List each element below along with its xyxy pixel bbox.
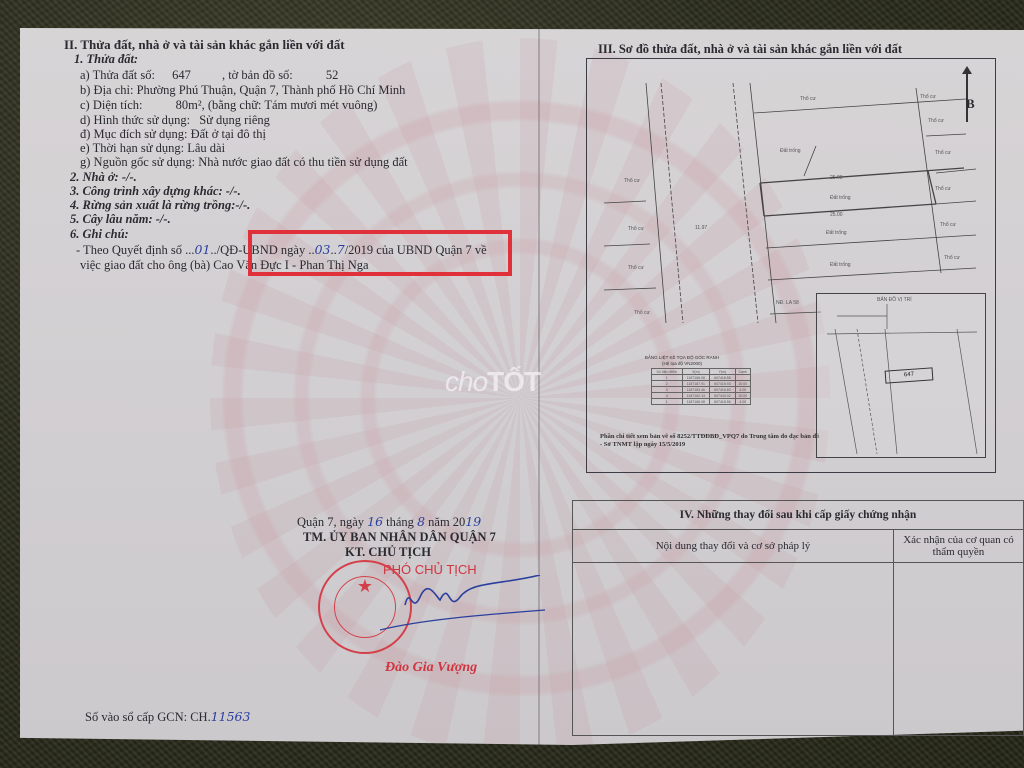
handwritten-sign-day: 16 [367,514,383,529]
north-label: B [966,96,975,112]
coord-table-subtitle: (Hệ tọa độ VN2000) [632,361,732,366]
registry-line: Số vào sổ cấp GCN: CH.11563 [85,709,250,725]
changes-table: IV. Những thay đổi sau khi cấp giấy chứn… [572,500,1024,736]
map-number: 52 [326,68,339,82]
watermark-cho: cho [445,366,487,397]
lot-label: a) Thửa đất số: [80,68,155,82]
coord-cell: 607418.56 [710,399,735,405]
signing-place: Quận 7, ngày [297,515,364,529]
section-ii-title: II. Thửa đất, nhà ở và tài sản khác gắn … [64,37,345,53]
signing-date: Quận 7, ngày 16 tháng 8 năm 2019 [297,514,481,530]
label-lot-ref: NĐ. LA 58 [776,300,799,306]
lot-row: a) Thửa đất số: 647 , tờ bản đồ số: 52 [80,68,338,83]
origin-row: g) Nguồn gốc sử dụng: Nhà nước giao đất … [80,155,408,170]
label-vacant: Đất trống [780,148,801,154]
signature-scribble [380,575,550,635]
purpose-label: đ) Mục đích sử dụng: [80,127,187,141]
area-row: c) Diện tích: 80m², (bằng chữ: Tám mươi … [80,98,377,113]
purpose-value: Đất ở tại đô thị [191,127,266,141]
changes-col-content: Nội dung thay đổi và cơ sở pháp lý [573,530,894,563]
usage-form-label: d) Hình thức sử dụng: [80,113,190,127]
handwritten-registry-number: 11563 [211,709,251,724]
coord-table: Số hiệu điểm X(m) Y(m) Cạnh 11187166.086… [651,368,751,405]
label-edge-bottom: 25.00 [830,212,843,218]
changes-col-confirm: Xác nhận của cơ quan có thẩm quyền [894,530,1024,563]
label-vacant: Đất trống [826,230,847,236]
diagram-note: Phần chi tiết xem bản vẽ số 8252/TTĐĐBĐ_… [600,433,820,449]
highlight-box [248,230,512,276]
label-edge-top: 25.00 [830,175,843,181]
term-row: e) Thời hạn sử dụng: Lâu dài [80,141,225,156]
term-value: Lâu dài [187,141,225,155]
label-residential: Thổ cư [624,178,640,184]
coord-cell: 1187166.08 [682,399,710,405]
notes-heading: 6. Ghi chú: [70,227,129,242]
signing-role: KT. CHỦ TỊCH [345,545,431,560]
notes-text: - Theo Quyết định số ... [76,243,195,257]
label-vacant: Đất trống [830,195,851,201]
registry-label: Số vào sổ cấp GCN: CH. [85,710,211,724]
chotot-watermark: choTỐT [445,366,540,398]
area-label: c) Diện tích: [80,98,142,112]
signer-name: Đào Gia Vượng [385,660,477,676]
usage-form-value: Sử dụng riêng [199,113,270,127]
perennial-line: 5. Cây lâu năm: -/-. [70,212,171,227]
coord-table-title: BẢNG LIỆT KÊ TỌA ĐỘ GÓC RANH [632,355,732,360]
origin-value: Nhà nước giao đất có thu tiền sử dụng đấ… [198,155,407,169]
term-label: e) Thời hạn sử dụng: [80,141,184,155]
coord-cell: 1 [652,399,683,405]
label-residential: Thổ cư [940,222,956,228]
label-road-width: 11.97 [695,225,707,231]
handwritten-decision-number: 01 [195,242,211,257]
area-value: 80m², (bằng chữ: Tám mươi mét vuông) [176,98,378,112]
year-label: năm 20 [428,515,465,529]
label-residential: Thổ cư [634,310,650,316]
address-value: Phường Phú Thuận, Quận 7, Thành phố Hồ C… [137,83,406,97]
changes-content-cell [573,563,894,736]
usage-form-row: d) Hình thức sử dụng: Sử dụng riêng [80,113,270,128]
address-row: b) Địa chỉ: Phường Phú Thuận, Quận 7, Th… [80,83,405,98]
house-line: 2. Nhà ở: -/-. [70,170,137,185]
land-heading: 1. Thửa đất: [74,52,138,67]
label-residential: Thổ cư [920,94,936,100]
label-vacant: Đất trống [830,262,851,268]
month-label: tháng [386,515,414,529]
label-residential: Thổ cư [935,150,951,156]
map-label: , tờ bản đồ số: [222,68,293,82]
label-residential: Thổ cư [628,265,644,271]
label-residential: Thổ cư [935,186,951,192]
label-residential: Thổ cư [928,118,944,124]
label-residential: Thổ cư [800,96,816,102]
signing-org: TM. ỦY BAN NHÂN DÂN QUẬN 7 [303,530,496,545]
coord-table-row: 11187166.08607418.564.00 [652,399,751,405]
lot-number: 647 [172,68,191,82]
label-residential: Thổ cư [944,255,960,261]
label-residential: Thổ cư [628,226,644,232]
changes-title: IV. Những thay đổi sau khi cấp giấy chứn… [573,501,1024,530]
coord-cell: 4.00 [735,399,750,405]
watermark-tot: TỐT [487,366,540,397]
changes-confirm-cell [894,563,1024,736]
forest-line: 4. Rừng sản xuất là rừng trồng:-/-. [70,198,250,213]
handwritten-sign-month: 8 [417,514,425,529]
purpose-row: đ) Mục đích sử dụng: Đất ở tại đô thị [80,127,266,142]
section-iii-title: III. Sơ đồ thửa đất, nhà ở và tài sản kh… [598,42,902,57]
address-label: b) Địa chỉ: [80,83,133,97]
other-construction-line: 3. Công trình xây dựng khác: -/-. [70,184,241,199]
origin-label: g) Nguồn gốc sử dụng: [80,155,195,169]
handwritten-sign-year: 19 [465,514,481,529]
